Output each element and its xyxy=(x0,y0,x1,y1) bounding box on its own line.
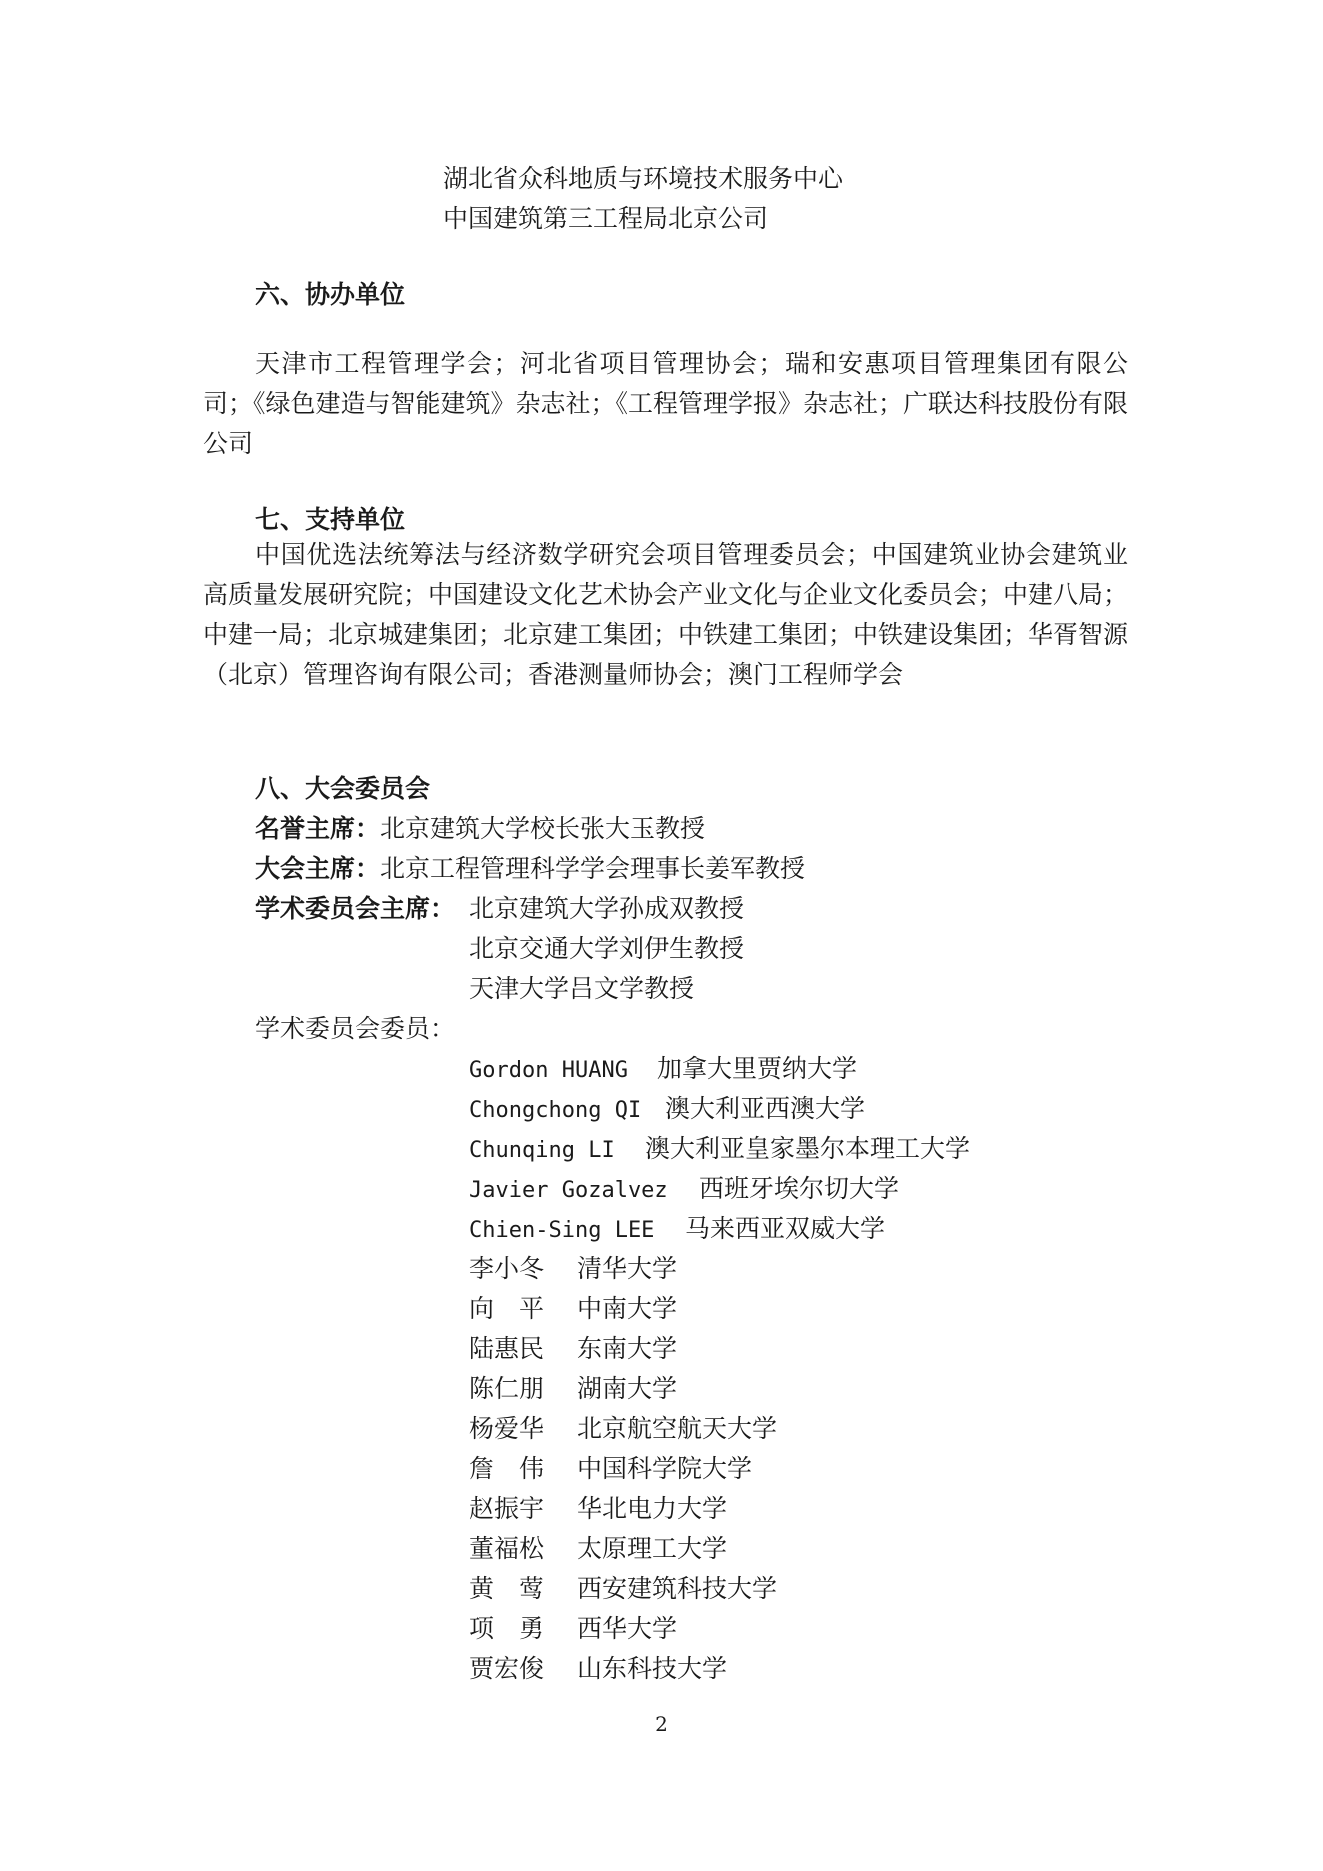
member-org: 中国科学院大学 xyxy=(577,1454,752,1483)
member-row: Javier Gozalvez西班牙埃尔切大学 xyxy=(469,1174,899,1206)
member-name: Javier Gozalvez xyxy=(469,1176,699,1206)
member-org: 北京航空航天大学 xyxy=(577,1414,777,1443)
section7-heading: 七、支持单位 xyxy=(255,505,405,535)
section6-heading: 六、协办单位 xyxy=(255,280,405,310)
member-name: 贾宏俊 xyxy=(469,1654,577,1684)
member-name: 董福松 xyxy=(469,1534,577,1564)
member-name: 项 勇 xyxy=(469,1614,577,1644)
member-name: Gordon HUANG xyxy=(469,1056,657,1086)
section8-heading: 八、大会委员会 xyxy=(255,774,430,804)
member-name: Chongchong QI xyxy=(469,1096,665,1126)
member-org: 山东科技大学 xyxy=(577,1654,727,1683)
chair-value: 北京工程管理科学学会理事长姜军教授 xyxy=(380,854,805,883)
chair-row: 大会主席：北京工程管理科学学会理事长姜军教授 xyxy=(255,854,805,884)
member-row: 陆惠民东南大学 xyxy=(469,1334,677,1364)
member-row: Gordon HUANG加拿大里贾纳大学 xyxy=(469,1054,857,1086)
member-org: 东南大学 xyxy=(577,1334,677,1363)
academic-chair-3: 天津大学吕文学教授 xyxy=(469,974,694,1004)
chair-label: 大会主席： xyxy=(255,854,380,883)
member-row: 陈仁朋湖南大学 xyxy=(469,1374,677,1404)
member-row: 杨爱华北京航空航天大学 xyxy=(469,1414,777,1444)
section6-body: 天津市工程管理学会；河北省项目管理协会；瑞和安惠项目管理集团有限公司；《绿色建造… xyxy=(203,344,1128,464)
member-row: 向 平中南大学 xyxy=(469,1294,677,1324)
member-name: 赵振宇 xyxy=(469,1494,577,1524)
member-row: 赵振宇华北电力大学 xyxy=(469,1494,727,1524)
member-org: 清华大学 xyxy=(577,1254,677,1283)
member-org: 澳大利亚皇家墨尔本理工大学 xyxy=(645,1134,970,1163)
member-row: Chunqing LI澳大利亚皇家墨尔本理工大学 xyxy=(469,1134,970,1166)
member-org: 太原理工大学 xyxy=(577,1534,727,1563)
member-row: 黄 莺西安建筑科技大学 xyxy=(469,1574,777,1604)
member-row: 董福松太原理工大学 xyxy=(469,1534,727,1564)
member-name: Chien-Sing LEE xyxy=(469,1216,685,1246)
member-org: 澳大利亚西澳大学 xyxy=(665,1094,865,1123)
top-unit-2: 中国建筑第三工程局北京公司 xyxy=(443,204,768,234)
member-org: 西华大学 xyxy=(577,1614,677,1643)
member-row: 贾宏俊山东科技大学 xyxy=(469,1654,727,1684)
member-name: 詹 伟 xyxy=(469,1454,577,1484)
academic-chair-label: 学术委员会主席： xyxy=(255,894,455,923)
top-unit-1: 湖北省众科地质与环境技术服务中心 xyxy=(443,164,843,194)
member-org: 华北电力大学 xyxy=(577,1494,727,1523)
member-org: 马来西亚双威大学 xyxy=(685,1214,885,1243)
member-row: 詹 伟中国科学院大学 xyxy=(469,1454,752,1484)
honorary-chair-value: 北京建筑大学校长张大玉教授 xyxy=(380,814,705,843)
honorary-chair-row: 名誉主席：北京建筑大学校长张大玉教授 xyxy=(255,814,705,844)
member-name: 黄 莺 xyxy=(469,1574,577,1604)
academic-chair-1: 北京建筑大学孙成双教授 xyxy=(469,894,744,924)
member-row: Chongchong QI澳大利亚西澳大学 xyxy=(469,1094,865,1126)
academic-chair-row: 学术委员会主席： xyxy=(255,894,455,924)
member-name: 李小冬 xyxy=(469,1254,577,1284)
member-org: 中南大学 xyxy=(577,1294,677,1323)
members-label: 学术委员会委员： xyxy=(255,1014,455,1044)
member-row: 李小冬清华大学 xyxy=(469,1254,677,1284)
academic-chair-2: 北京交通大学刘伊生教授 xyxy=(469,934,744,964)
member-name: 向 平 xyxy=(469,1294,577,1324)
member-org: 西安建筑科技大学 xyxy=(577,1574,777,1603)
member-name: 陆惠民 xyxy=(469,1334,577,1364)
section7-body: 中国优选法统筹法与经济数学研究会项目管理委员会；中国建筑业协会建筑业高质量发展研… xyxy=(203,535,1128,695)
member-org: 湖南大学 xyxy=(577,1374,677,1403)
member-name: 陈仁朋 xyxy=(469,1374,577,1404)
member-row: Chien-Sing LEE马来西亚双威大学 xyxy=(469,1214,885,1246)
page-number: 2 xyxy=(0,1712,1323,1736)
member-name: 杨爱华 xyxy=(469,1414,577,1444)
member-org: 加拿大里贾纳大学 xyxy=(657,1054,857,1083)
honorary-chair-label: 名誉主席： xyxy=(255,814,380,843)
member-org: 西班牙埃尔切大学 xyxy=(699,1174,899,1203)
member-row: 项 勇西华大学 xyxy=(469,1614,677,1644)
member-name: Chunqing LI xyxy=(469,1136,645,1166)
